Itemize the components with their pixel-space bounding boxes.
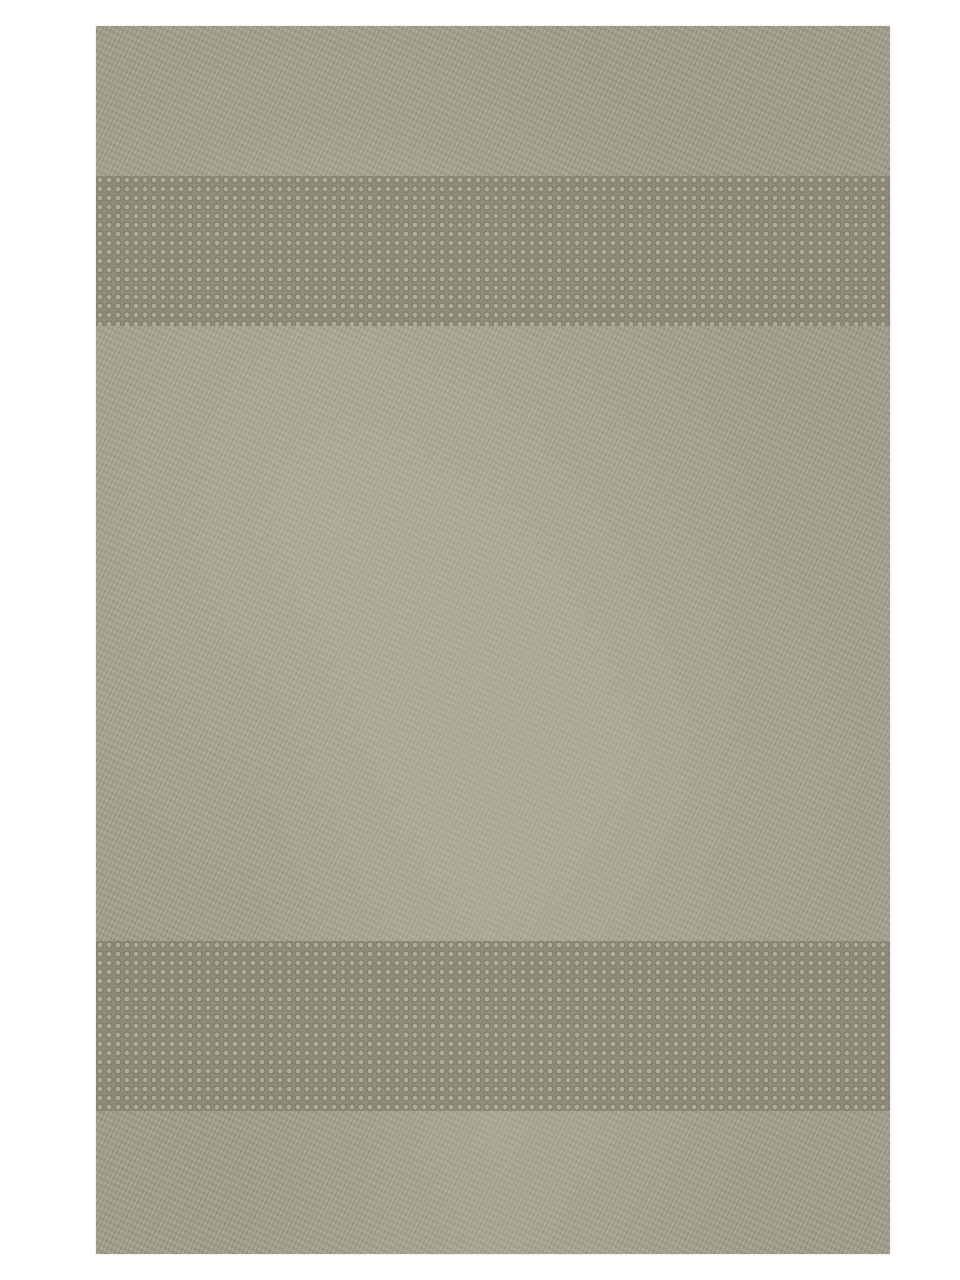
bath-mat [96,26,890,1254]
loop-pile-band-bottom [96,941,890,1111]
loop-pile-band-top [96,176,890,326]
